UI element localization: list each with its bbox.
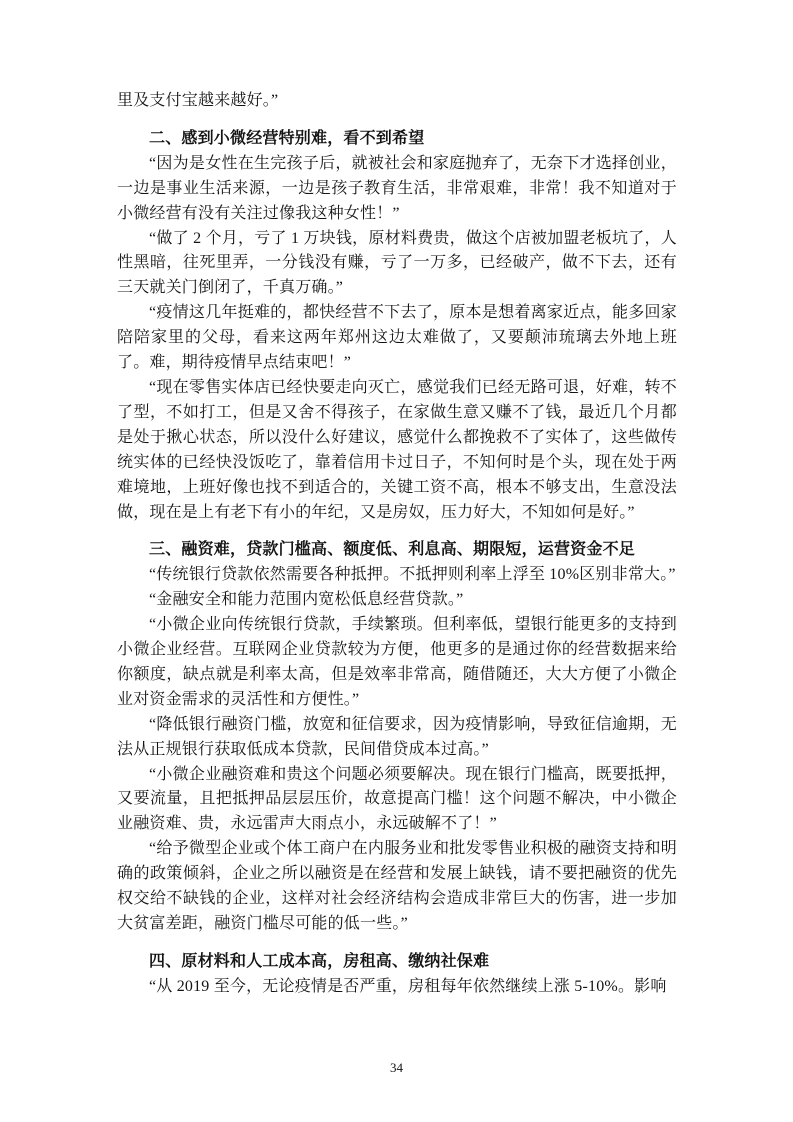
section-heading: 三、融资难，贷款门槛高、额度低、利息高、期限短，运营资金不足 — [117, 538, 677, 563]
page-footer: 34 — [0, 1060, 793, 1076]
paragraph: “从 2019 至今，无论疫情是否严重，房租每年依然继续上涨 5-10%。影响 — [117, 975, 677, 1000]
document-content: 里及支付宝越来越好。”二、感到小微经营特别难，看不到希望“因为是女性在生完孩子后… — [117, 89, 677, 1000]
paragraph: “做了 2 个月，亏了 1 万块钱，原材料费贵，做这个店被加盟老板坑了，人性黑暗… — [117, 227, 677, 302]
paragraph: “疫情这几年挺难的，都快经营不下去了，原本是想着离家近点，能多回家陪陪家里的父母… — [117, 301, 677, 376]
paragraph: “小微企业向传统银行贷款，手续繁琐。但利率低，望银行能更多的支持到小微企业经营。… — [117, 613, 677, 713]
document-page: 里及支付宝越来越好。”二、感到小微经营特别难，看不到希望“因为是女性在生完孩子后… — [0, 0, 793, 1122]
section-heading: 二、感到小微经营特别难，看不到希望 — [117, 127, 677, 152]
paragraph: “给予微型企业或个体工商户在内服务业和批发零售业积极的融资支持和明确的政策倾斜，… — [117, 837, 677, 937]
paragraph: “因为是女性在生完孩子后，就被社会和家庭抛弃了，无奈下才选择创业，一边是事业生活… — [117, 152, 677, 227]
paragraph: “现在零售实体店已经快要走向灭亡，感觉我们已经无路可退，好难，转不了型，不如打工… — [117, 376, 677, 525]
paragraph: “传统银行贷款依然需要各种抵押。不抵押则利率上浮至 10%区别非常大。” — [117, 563, 677, 588]
paragraph: “小微企业融资难和贵这个问题必须要解决。现在银行门槛高，既要抵押，又要流量，且把… — [117, 763, 677, 838]
paragraph: “金融安全和能力范围内宽松低息经营贷款。” — [117, 588, 677, 613]
paragraph: “降低银行融资门槛，放宽和征信要求，因为疫情影响，导致征信逾期，无法从正规银行获… — [117, 713, 677, 763]
paragraph: 里及支付宝越来越好。” — [117, 89, 677, 114]
section-heading: 四、原材料和人工成本高，房租高、缴纳社保难 — [117, 950, 677, 975]
page-number: 34 — [390, 1060, 403, 1075]
